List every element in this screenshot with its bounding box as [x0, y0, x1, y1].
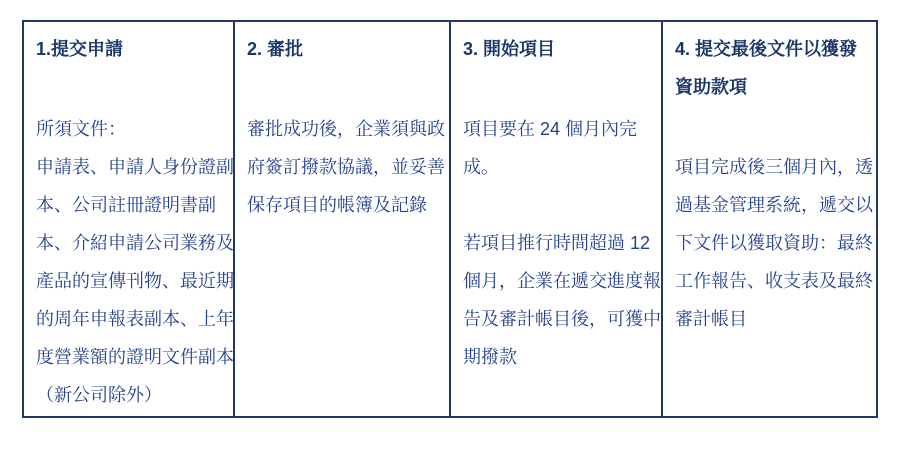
step-1-body: 所須文件： 申請表、申請人身份證副 本、公司註冊證明書副 本、介紹申請公司業務及… — [36, 110, 231, 414]
step-4-cell: 4. 提交最後文件以獲發 資助款項 項目完成後三個月內，透 過基金管理系統，遞交… — [661, 22, 876, 416]
step-4-header: 4. 提交最後文件以獲發 資助款項 — [675, 30, 874, 106]
funding-process-table: 1.提交申請 所須文件： 申請表、申請人身份證副 本、公司註冊證明書副 本、介紹… — [22, 20, 878, 418]
step-2-cell: 2. 審批 審批成功後，企業須與政 府簽訂撥款協議，並妥善 保存項目的帳簿及記錄 — [233, 22, 449, 416]
step-3-header: 3. 開始項目 — [463, 30, 659, 68]
step-2-body: 審批成功後，企業須與政 府簽訂撥款協議，並妥善 保存項目的帳簿及記錄 — [247, 110, 447, 224]
step-3-cell: 3. 開始項目 項目要在 24 個月內完 成。 若項目推行時間超過 12 個月，… — [449, 22, 661, 416]
step-3-body: 項目要在 24 個月內完 成。 若項目推行時間超過 12 個月，企業在遞交進度報… — [463, 110, 659, 376]
step-1-header: 1.提交申請 — [36, 30, 231, 68]
step-2-header: 2. 審批 — [247, 30, 447, 68]
step-4-body: 項目完成後三個月內，透 過基金管理系統，遞交以 下文件以獲取資助：最終 工作報告… — [675, 148, 874, 338]
step-1-cell: 1.提交申請 所須文件： 申請表、申請人身份證副 本、公司註冊證明書副 本、介紹… — [24, 22, 233, 416]
